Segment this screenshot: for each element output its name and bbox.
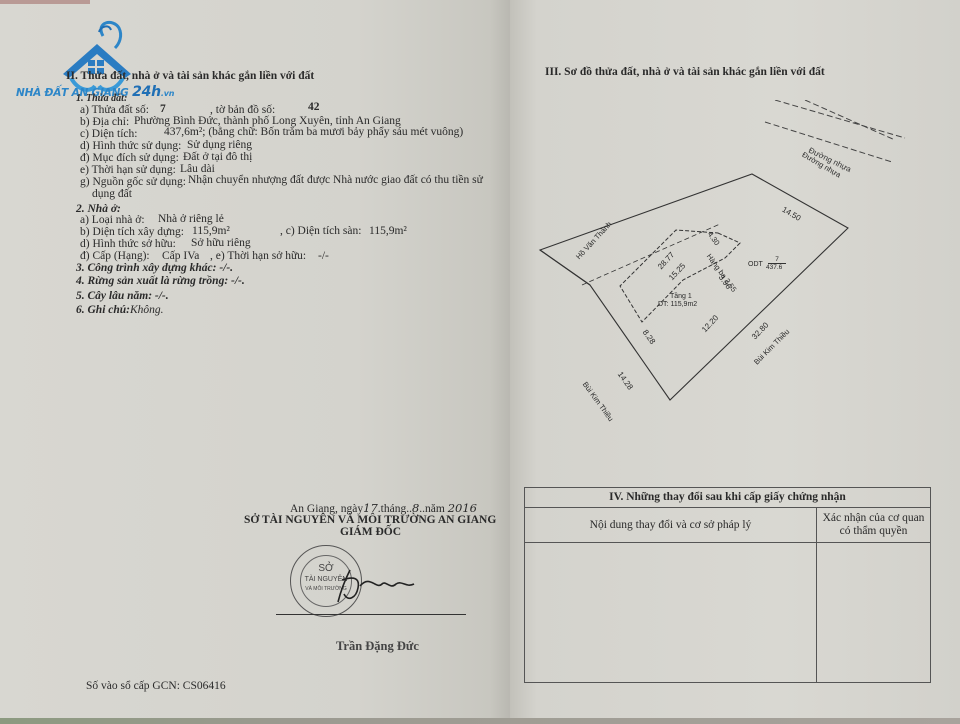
changes-table: IV. Những thay đổi sau khi cấp giấy chứn… bbox=[524, 487, 931, 683]
own-term-value: -/- bbox=[318, 250, 329, 263]
changes-table-header-row: Nội dung thay đổi và cơ sở pháp lý Xác n… bbox=[525, 508, 930, 543]
origin-value-line1: Nhận chuyển nhượng đất được Nhà nước gia… bbox=[188, 174, 483, 187]
col-authority-confirmation: Xác nhận của cơ quancó thẩm quyền bbox=[817, 508, 930, 542]
col-change-content: Nội dung thay đổi và cơ sở pháp lý bbox=[525, 508, 817, 542]
signature-line bbox=[276, 614, 466, 615]
planted-forest: 4. Rừng sản xuất là rừng trồng: -/-. bbox=[76, 275, 245, 288]
area-value: 437,6m²; (bằng chữ: Bốn trăm ba mươi bảy… bbox=[164, 126, 463, 139]
watermark-brand-mark: 24h bbox=[132, 84, 161, 100]
parcel-number-sketch: 7 bbox=[768, 256, 786, 264]
changes-table-body-row bbox=[525, 543, 930, 683]
parcel-outline bbox=[540, 174, 848, 400]
background-strip bbox=[0, 0, 90, 4]
parcel-code: ODT bbox=[748, 261, 763, 268]
signer-name: Trần Đặng Đức bbox=[336, 640, 419, 653]
note: 6. Ghi chú:Không. bbox=[76, 304, 164, 317]
signature-icon bbox=[330, 568, 430, 608]
date-day: 17 bbox=[363, 501, 378, 515]
date-year: 2016 bbox=[448, 501, 477, 515]
registry-number: Số vào sổ cấp GCN: CS06416 bbox=[86, 680, 226, 693]
map-sheet-value: 42 bbox=[308, 101, 320, 114]
parcel-area-sketch: 437.6 bbox=[766, 264, 782, 271]
floor-area-label-sketch: DT: 115,9m2 bbox=[658, 301, 697, 308]
floor-area-value: 115,9m² bbox=[369, 225, 407, 238]
section-2-title: II. Thửa đất, nhà ở và tài sản khác gắn … bbox=[66, 70, 314, 83]
background-strip-bottom bbox=[0, 718, 960, 724]
authority-confirmation-cell bbox=[817, 543, 930, 683]
signer-position: GIÁM ĐỐC bbox=[340, 526, 401, 539]
change-content-cell bbox=[525, 543, 817, 683]
changes-table-title: IV. Những thay đổi sau khi cấp giấy chứn… bbox=[525, 488, 930, 508]
registry-label: Số vào sổ cấp GCN: bbox=[86, 680, 180, 692]
perennial-trees: 5. Cây lâu năm: -/-. bbox=[76, 290, 169, 303]
origin-value-line2: dụng đất bbox=[92, 188, 132, 201]
note-value: Không. bbox=[130, 304, 164, 316]
floor-area-label: , c) Diện tích sàn: bbox=[280, 225, 361, 238]
section-3-title: III. Sơ đồ thửa đất, nhà ở và tài sản kh… bbox=[545, 66, 825, 79]
ownership-value: Sở hữu riêng bbox=[191, 237, 251, 250]
registry-value: CS06416 bbox=[183, 680, 226, 692]
other-construction: 3. Công trình xây dựng khác: -/-. bbox=[76, 262, 233, 275]
col2-line2: có thẩm quyền bbox=[840, 525, 908, 537]
col2-line1: Xác nhận của cơ quan bbox=[823, 512, 925, 524]
date-month: 8 bbox=[412, 501, 419, 515]
note-label: 6. Ghi chú: bbox=[76, 304, 130, 316]
floor-label: Tầng 1 bbox=[670, 293, 692, 300]
watermark-brand-suffix: .vn bbox=[161, 89, 174, 98]
